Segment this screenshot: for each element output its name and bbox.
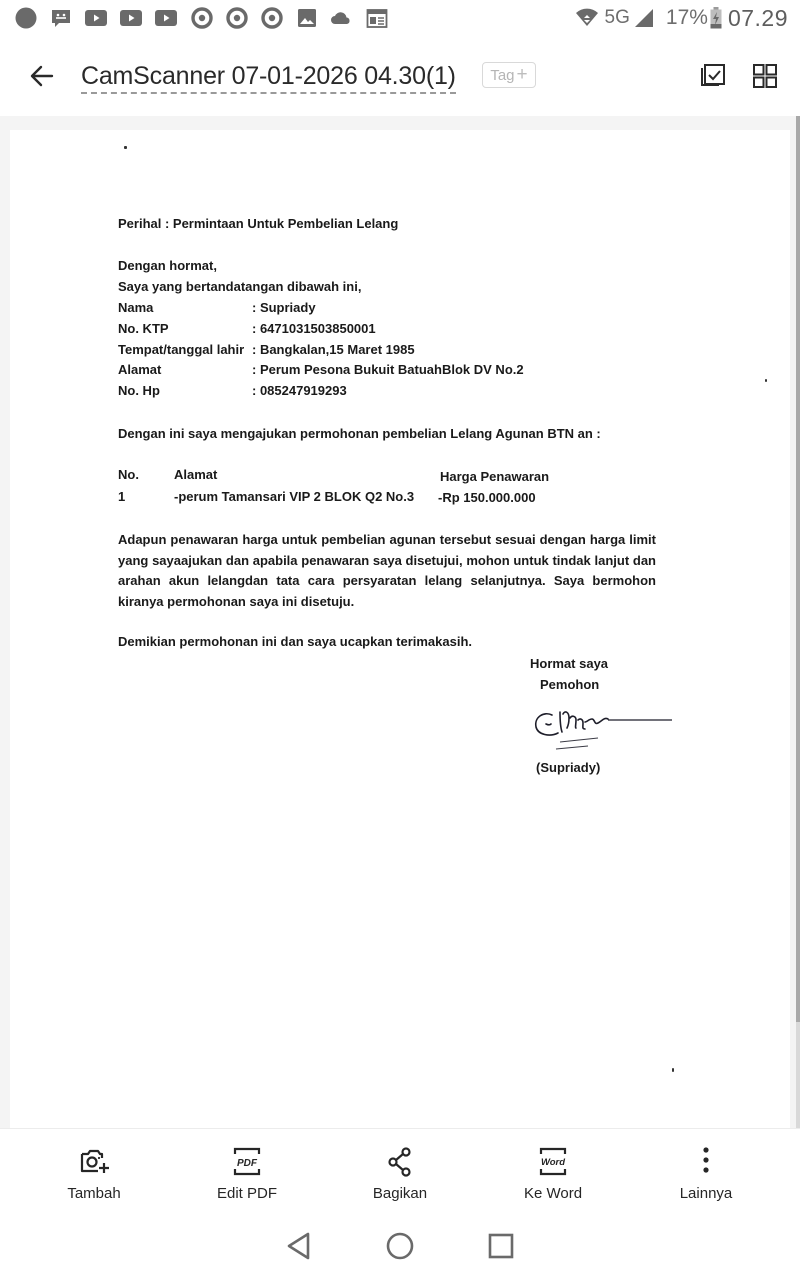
table-cell-no: 1 (118, 487, 125, 507)
letter-subject: Perihal : Permintaan Untuk Pembelian Lel… (118, 214, 398, 234)
ke-word-button[interactable]: Word Ke Word (483, 1129, 623, 1211)
document-title[interactable]: CamScanner 07-01-2026 04.30(1) (81, 61, 456, 94)
calendar-icon (366, 7, 388, 29)
tambah-label: Tambah (67, 1185, 120, 1202)
field-value-ktp: : 6471031503850001 (252, 319, 376, 339)
more-vertical-icon (689, 1145, 723, 1179)
field-value-alamat: : Perum Pesona Bukuit BatuahBlok DV No.2 (252, 360, 524, 380)
tambah-button[interactable]: Tambah (24, 1129, 164, 1211)
bagikan-button[interactable]: Bagikan (330, 1129, 470, 1211)
add-photo-icon (77, 1145, 111, 1179)
field-value-hp: : 085247919293 (252, 381, 347, 401)
sign-off-1: Hormat saya (530, 654, 608, 674)
status-bar: 5G 17% 07.29 (0, 0, 800, 36)
chat-icon (50, 7, 72, 29)
svg-text:PDF: PDF (237, 1158, 258, 1169)
chrome-icon (261, 7, 283, 29)
word-icon: Word (536, 1145, 570, 1179)
plus-icon: + (517, 64, 528, 86)
select-pages-icon[interactable] (699, 62, 727, 90)
share-icon (383, 1145, 417, 1179)
scanned-page[interactable]: Perihal : Permintaan Untuk Pembelian Lel… (10, 130, 790, 1128)
edit-pdf-button[interactable]: PDF Edit PDF (177, 1129, 317, 1211)
cell-signal-icon (634, 8, 654, 28)
lainnya-button[interactable]: Lainnya (636, 1129, 776, 1211)
scan-speck (672, 1068, 674, 1072)
letter-closing: Demikian permohonan ini dan saya ucapkan… (118, 632, 472, 652)
scrollbar-thumb[interactable] (796, 116, 800, 1022)
tag-label: Tag (490, 67, 514, 84)
document-viewer[interactable]: Perihal : Permintaan Untuk Pembelian Lel… (0, 116, 800, 1128)
hotspot-signal-icon (575, 8, 599, 28)
table-header-price: Harga Penawaran (440, 467, 549, 487)
battery-charging-icon (710, 7, 722, 29)
table-cell-price: -Rp 150.000.000 (438, 488, 536, 508)
edit-pdf-label: Edit PDF (217, 1185, 277, 1202)
field-label-hp: No. Hp (118, 381, 160, 401)
table-header-address: Alamat (174, 465, 217, 485)
network-type: 5G (605, 7, 630, 29)
scan-speck (124, 146, 127, 149)
bottom-toolbar: Tambah PDF Edit PDF Bagikan Word Ke Word… (0, 1128, 800, 1211)
ke-word-label: Ke Word (524, 1185, 582, 1202)
youtube-icon (155, 7, 177, 29)
letter-request: Dengan ini saya mengajukan permohonan pe… (118, 424, 601, 444)
field-value-nama: : Supriady (252, 298, 316, 318)
svg-text:Word: Word (541, 1157, 565, 1168)
chrome-icon (191, 7, 213, 29)
signer-name: (Supriady) (536, 758, 600, 778)
field-label-alamat: Alamat (118, 360, 161, 380)
cloud-icon (330, 7, 352, 29)
back-arrow-icon[interactable] (28, 62, 56, 90)
status-indicators: 5G 17% 07.29 (575, 4, 788, 32)
gallery-icon (296, 7, 318, 29)
scan-speck (765, 379, 767, 382)
field-label-ktp: No. KTP (118, 319, 169, 339)
youtube-icon (85, 7, 107, 29)
table-header-no: No. (118, 465, 139, 485)
field-label-nama: Nama (118, 298, 153, 318)
bagikan-label: Bagikan (373, 1185, 427, 1202)
add-tag-button[interactable]: Tag+ (482, 62, 536, 88)
home-circle-icon[interactable] (384, 1230, 416, 1262)
recents-square-icon[interactable] (485, 1230, 517, 1262)
field-label-ttl: Tempat/tanggal lahir (118, 340, 244, 360)
field-value-ttl: : Bangkalan,15 Maret 1985 (252, 340, 415, 360)
signature (530, 700, 680, 760)
system-nav-bar (0, 1210, 800, 1280)
youtube-icon (120, 7, 142, 29)
letter-paragraph: Adapun penawaran harga untuk pembelian a… (118, 530, 656, 613)
chrome-icon (226, 7, 248, 29)
lainnya-label: Lainnya (680, 1185, 733, 1202)
app-bar: CamScanner 07-01-2026 04.30(1) Tag+ (0, 36, 800, 116)
sign-off-2: Pemohon (540, 675, 599, 695)
table-cell-address: -perum Tamansari VIP 2 BLOK Q2 No.3 (174, 487, 414, 507)
grid-view-icon[interactable] (751, 62, 779, 90)
pdf-icon: PDF (230, 1145, 264, 1179)
record-dot-icon (15, 7, 37, 29)
battery-percent: 17% (666, 6, 708, 30)
letter-intro: Saya yang bertandatangan dibawah ini, (118, 277, 361, 297)
letter-greeting: Dengan hormat, (118, 256, 217, 276)
clock: 07.29 (728, 5, 788, 32)
back-triangle-icon[interactable] (284, 1230, 316, 1262)
